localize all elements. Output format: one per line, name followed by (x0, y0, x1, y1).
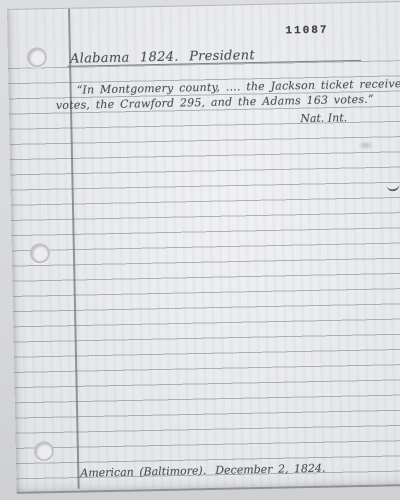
scanned-document: 11087 Alabama 1824. President “In Montgo… (0, 0, 400, 500)
archive-stamp-number: 11087 (285, 25, 328, 38)
pencil-smudge (358, 141, 374, 150)
citation-source: American (Baltimore). (80, 464, 206, 480)
citation-date: December 2, 1824. (215, 462, 325, 477)
punch-hole (27, 47, 47, 67)
notebook-page: 11087 Alabama 1824. President “In Montgo… (7, 1, 400, 494)
source-abbreviation: Nat. Int. (300, 111, 347, 125)
